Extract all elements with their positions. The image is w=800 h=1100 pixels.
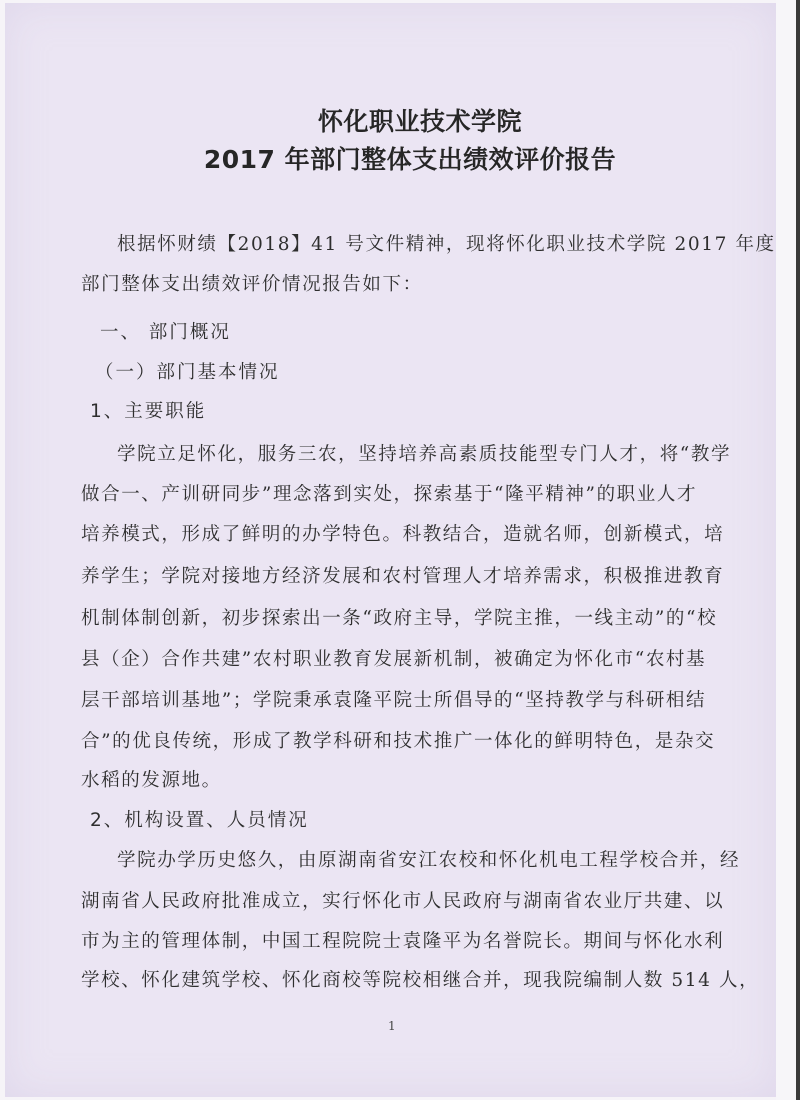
organization-line-1: 学院办学历史悠久，由原湖南省安江农校和怀化机电工程学校合并，经 — [117, 846, 740, 872]
item-heading-organization-staff: 2、机构设置、人员情况 — [90, 806, 309, 832]
functions-line-7: 层干部培训基地”；学院秉承袁隆平院士所倡导的“坚持教学与科研相结 — [81, 686, 706, 712]
functions-line-8: 合”的优良传统，形成了教学科研和技术推广一体化的鲜明特色，是杂交 — [81, 727, 715, 753]
item-heading-main-functions: 1、主要职能 — [90, 397, 206, 423]
functions-line-2: 做合一、产训研同步”理念落到实处，探索基于“隆平精神”的职业人才 — [81, 480, 697, 506]
functions-line-1: 学院立足怀化，服务三农，坚持培养高素质技能型专门人才，将“教学 — [117, 440, 731, 466]
subsection-heading-basic-info: （一）部门基本情况 — [95, 358, 280, 384]
section-heading-overview: 一、 部门概况 — [100, 318, 231, 344]
functions-line-6: 县（企）合作共建”农村职业教育发展新机制，被确定为怀化市“农村基 — [81, 645, 706, 671]
intro-line-1: 根据怀财绩【2018】41 号文件精神，现将怀化职业技术学院 2017 年度 — [117, 230, 776, 256]
functions-line-9: 水稻的发源地。 — [81, 766, 222, 792]
functions-line-5: 机制体制创新，初步探索出一条“政府主导，学院主推，一线主动”的“校 — [81, 604, 717, 630]
intro-line-2: 部门整体支出绩效评价情况报告如下： — [81, 270, 423, 296]
functions-line-4: 养学生；学院对接地方经济发展和农村管理人才培养需求，积极推进教育 — [81, 562, 724, 588]
document-page: 怀化职业技术学院 2017 年部门整体支出绩效评价报告 根据怀财绩【2018】4… — [0, 0, 800, 1100]
organization-line-2: 湖南省人民政府批准成立，实行怀化市人民政府与湖南省农业厅共建、以 — [81, 887, 724, 913]
document-title-institution: 怀化职业技术学院 — [20, 102, 800, 138]
functions-line-3: 培养模式，形成了鲜明的办学特色。科教结合，造就名师，创新模式，培 — [81, 520, 724, 546]
document-title-report: 2017 年部门整体支出绩效评价报告 — [10, 140, 800, 176]
page-number: 1 — [388, 1019, 396, 1033]
organization-line-4: 学校、怀化建筑学校、怀化商校等院校相继合并，现我院编制人数 514 人， — [81, 966, 759, 992]
organization-line-3: 市为主的管理体制，中国工程院院士袁隆平为名誉院长。期间与怀化水利 — [81, 927, 724, 953]
